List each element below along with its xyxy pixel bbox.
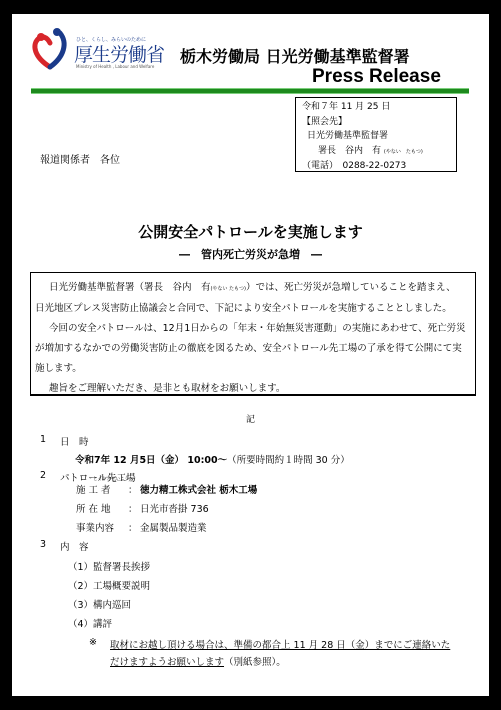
note-mark: ※ [89, 637, 97, 648]
contact-box: 令和７年 11 月 25 日 【照会先】 日光労働基準監督署 署長 谷内 有 (… [295, 97, 457, 172]
summary-paragraph-1: 日光労働基準監督署（署長 谷内 有(やない たもつ)）では、死亡労災が急増してい… [35, 278, 471, 299]
header-divider [31, 88, 469, 94]
item-2-number: 2 [40, 470, 46, 481]
contact-phone: （電話） 0288-22-0273 [302, 159, 456, 174]
content-item-1: （1）監督署長挨拶 [68, 559, 150, 573]
summary-paragraph-1-cont: 日光地区プレス災害防止協議会と合同で、下記により安全パトロールを実施することとし… [35, 299, 471, 319]
content-item-2: （2）工場概要説明 [68, 578, 150, 592]
note-line-2: だけますようお願いします（別紙参照）。 [110, 654, 286, 668]
release-date: 令和７年 11 月 25 日 [302, 100, 456, 115]
field-business-value: 金属製品製造業 [140, 520, 207, 534]
summary-paragraph-3: 趣旨をご理解いただき、是非とも取材をお願いします。 [35, 379, 471, 399]
contact-office: 日光労働基準監督署 [302, 129, 456, 144]
item-3-number: 3 [40, 539, 46, 550]
item-1-heading: 日 時 [60, 434, 89, 448]
separator: ： [128, 501, 138, 515]
item-1-number: 1 [40, 434, 46, 445]
content-item-3: （3）構内巡回 [68, 597, 131, 611]
separator: ： [128, 520, 138, 534]
press-release-page: ひと、くらし、みらいのために 厚生労働省 Ministry of Health … [12, 14, 489, 696]
field-location-value: 日光市沓掛 736 [140, 501, 209, 515]
office-name: 栃木労働局 日光労働基準監督署 [180, 44, 410, 67]
separator: ： [128, 482, 138, 496]
summary-box: 日光労働基準監督署（署長 谷内 有(やない たもつ)）では、死亡労災が急増してい… [30, 272, 476, 396]
mhlw-logo-icon [30, 27, 70, 71]
ministry-english-name: Ministry of Health , Labour and Welfare [76, 64, 154, 69]
contact-person-reading: (やない たもつ) [384, 149, 423, 155]
contact-label: 【照会先】 [302, 115, 456, 130]
field-location-label: 所 在 地 [76, 501, 111, 515]
ki-heading: 記 [12, 412, 489, 425]
press-release-label: Press Release [312, 66, 441, 88]
addressee: 報道関係者 各位 [40, 151, 120, 166]
field-contractor-label: 施 工 者 [76, 482, 111, 496]
field-business-label: 事業内容 [76, 520, 114, 534]
contact-person: 署長 谷内 有 (やない たもつ) [302, 144, 456, 160]
item-3-heading: 内 容 [60, 539, 89, 553]
page-title: 公開安全パトロールを実施します [12, 221, 489, 242]
item-1-detail: 令和7年 12 月5日（金） 10:00～（所要時間約１時間 30 分） [75, 452, 350, 466]
content-item-4: （4）講評 [68, 616, 112, 630]
ministry-name: 厚生労働省 [74, 40, 164, 67]
field-contractor-value: 徳力精工株式会社 栃木工場 [140, 482, 257, 496]
note-line-1: 取材にお越し頂ける場合は、準備の都合上 11 月 28 日（金）までにご連絡いた [110, 637, 450, 651]
summary-paragraph-2: 今回の安全パトロールは、12月1日からの「年末・年始無災害運動」の実施にあわせて… [35, 319, 471, 379]
page-subtitle: ― 管内死亡労災が急増 ― [12, 246, 489, 262]
